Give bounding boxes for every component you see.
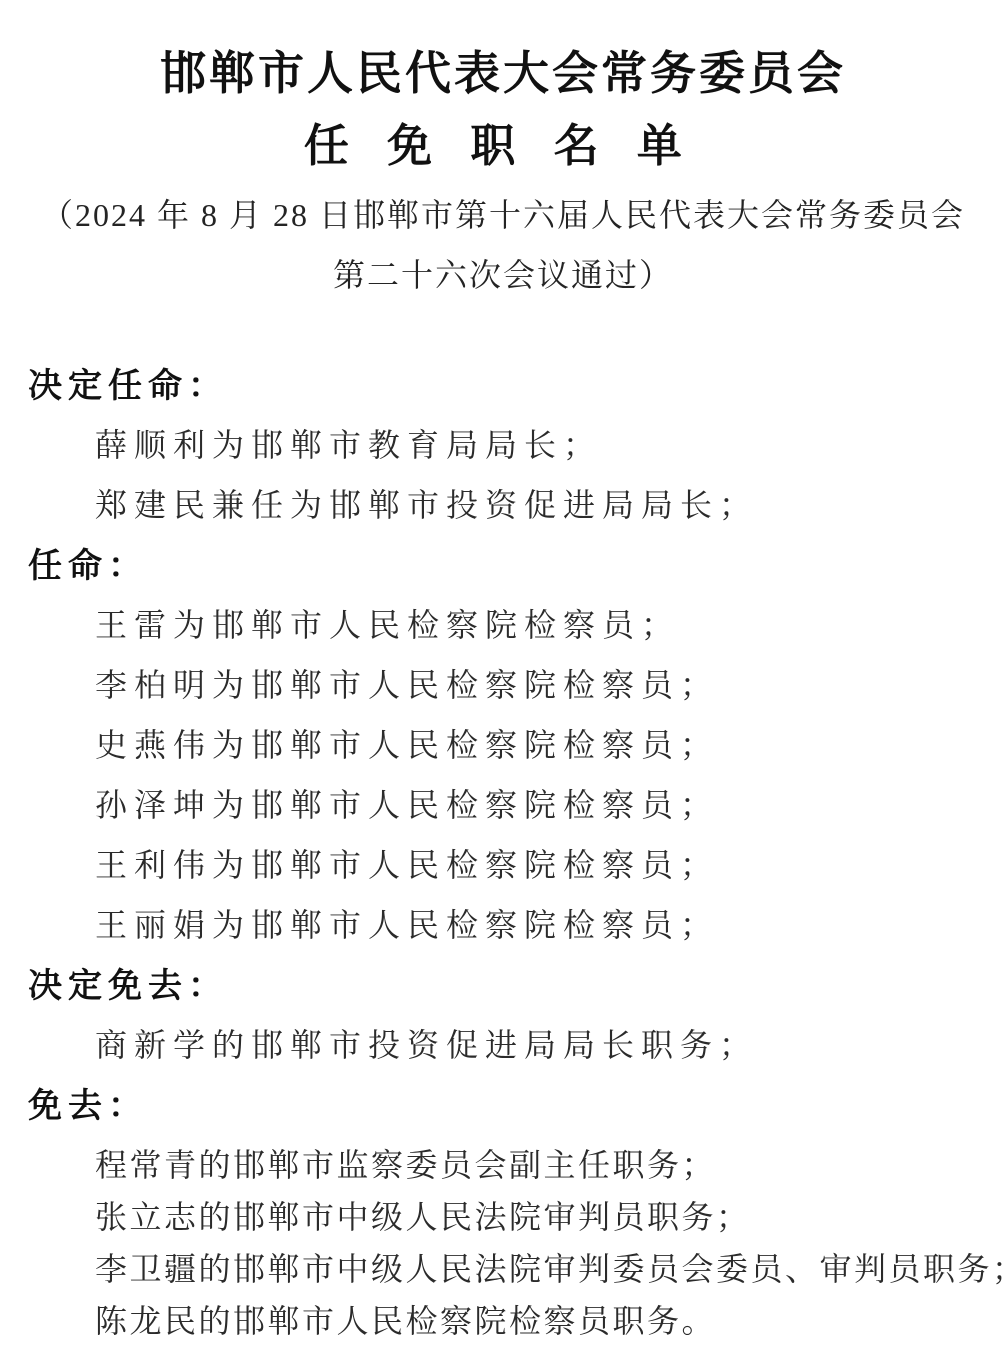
appointment-line: 陈龙民的邯郸市人民检察院检察员职务。 [28,1304,990,1338]
appointment-line: 李柏明为邯郸市人民检察院检察员； [28,668,990,702]
section-3: 免去：程常青的邯郸市监察委员会副主任职务；张立志的邯郸市中级人民法院审判员职务；… [28,1088,990,1338]
document-title: 邯郸市人民代表大会常务委员会 [10,46,996,102]
section-heading: 免去： [28,1088,990,1124]
appointment-line: 孙泽坤为邯郸市人民检察院检察员； [28,788,990,822]
section-0: 决定任命：薛顺利为邯郸市教育局局长；郑建民兼任为邯郸市投资促进局局长； [28,368,990,522]
section-2: 决定免去：商新学的邯郸市投资促进局局长职务； [28,968,990,1062]
section-heading: 决定任命： [28,368,990,404]
appointment-line: 王利伟为邯郸市人民检察院检察员； [28,848,990,882]
appointment-line: 史燕伟为邯郸市人民检察院检察员； [28,728,990,762]
document-page: 邯郸市人民代表大会常务委员会 任免职名单 （2024 年 8 月 28 日邯郸市… [0,0,1006,1345]
section-1: 任命：王雷为邯郸市人民检察院检察员；李柏明为邯郸市人民检察院检察员；史燕伟为邯郸… [28,548,990,942]
section-heading: 任命： [28,548,990,584]
document-subtitle: 任免职名单 [0,120,1006,172]
meeting-note-line1: （2024 年 8 月 28 日邯郸市第十六届人民代表大会常务委员会 [0,198,1006,232]
appointment-line: 程常青的邯郸市监察委员会副主任职务； [28,1148,990,1182]
appointment-line: 商新学的邯郸市投资促进局局长职务； [28,1028,990,1062]
meeting-note-line2: 第二十六次会议通过） [0,258,1006,292]
appointment-line: 郑建民兼任为邯郸市投资促进局局长； [28,488,990,522]
appointment-line: 王丽娟为邯郸市人民检察院检察员； [28,908,990,942]
appointment-line: 薛顺利为邯郸市教育局局长； [28,428,990,462]
appointment-line: 张立志的邯郸市中级人民法院审判员职务； [28,1200,990,1234]
sections: 决定任命：薛顺利为邯郸市教育局局长；郑建民兼任为邯郸市投资促进局局长；任命：王雷… [0,368,1006,1338]
appointment-line: 王雷为邯郸市人民检察院检察员； [28,608,990,642]
section-heading: 决定免去： [28,968,990,1004]
appointment-line: 李卫疆的邯郸市中级人民法院审判委员会委员、审判员职务； [28,1252,990,1286]
